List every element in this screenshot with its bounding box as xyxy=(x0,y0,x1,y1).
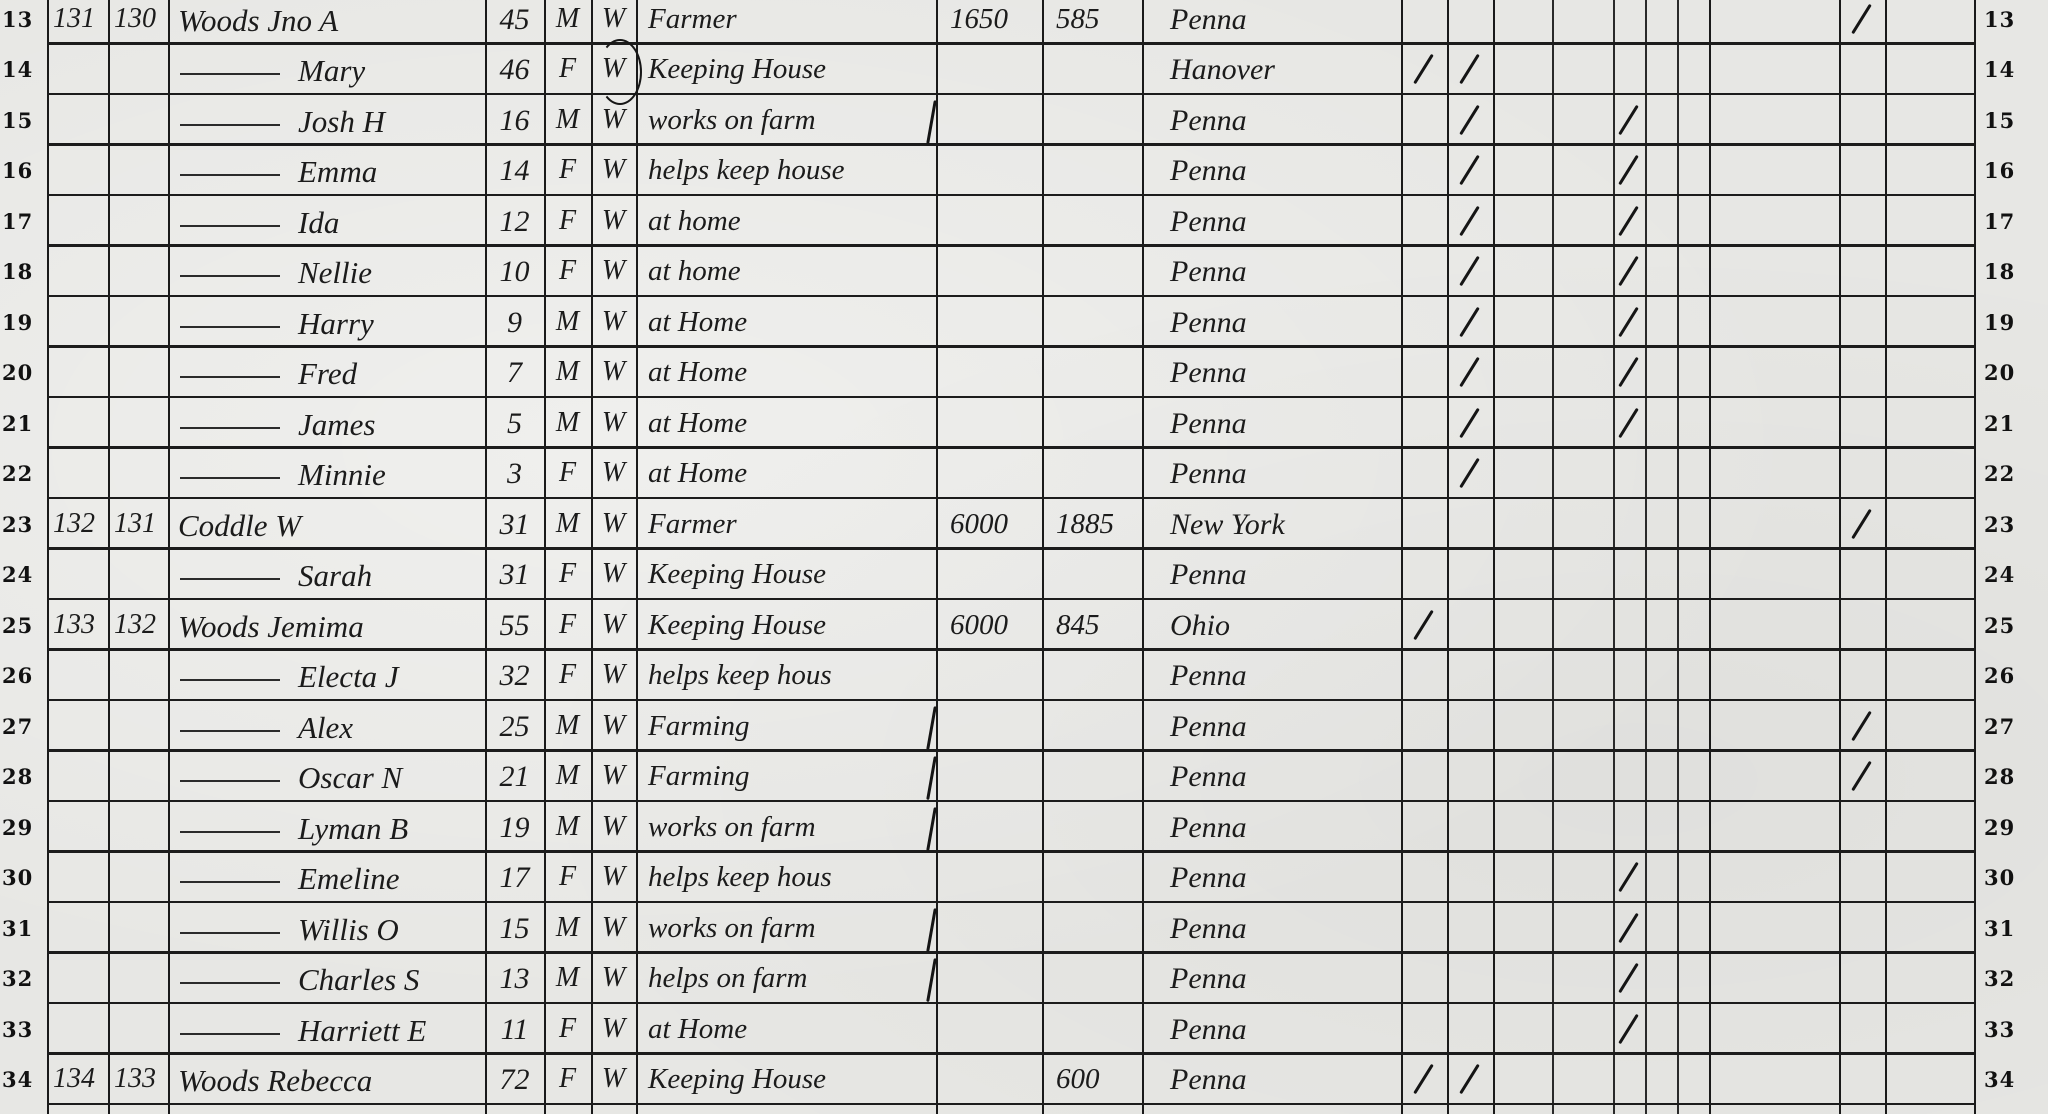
sex-value: M xyxy=(544,762,591,790)
age-value: 17 xyxy=(485,863,544,893)
tally-mark xyxy=(1459,458,1480,488)
column-rule xyxy=(1447,0,1449,1114)
age-value: 13 xyxy=(485,964,544,994)
occupation-value: works on farm xyxy=(648,813,816,842)
line-number-left: 26 xyxy=(2,663,33,688)
occupation-value: Keeping House xyxy=(648,55,826,84)
column-rule xyxy=(1493,0,1495,1114)
person-name: Nellie xyxy=(298,257,372,288)
edge-tick-mark xyxy=(926,908,936,952)
person-name: Woods Jno A xyxy=(178,5,338,36)
sex-value: F xyxy=(544,257,591,285)
age-value: 19 xyxy=(485,813,544,843)
line-number-left: 34 xyxy=(2,1067,33,1092)
sex-value: F xyxy=(544,661,591,689)
color-value: W xyxy=(591,762,636,790)
color-value: W xyxy=(591,106,636,134)
line-number-right: 30 xyxy=(1984,865,2015,890)
dwelling-number: 131 xyxy=(53,5,95,33)
occupation-value: helps on farm xyxy=(648,964,808,993)
row-rule xyxy=(47,244,1974,247)
occupation-value: at Home xyxy=(648,1015,747,1044)
sex-value: F xyxy=(544,55,591,83)
person-name: Sarah xyxy=(298,560,372,591)
line-number-right: 34 xyxy=(1984,1067,2015,1092)
age-value: 12 xyxy=(485,207,544,237)
line-number-right: 23 xyxy=(1984,512,2015,537)
sex-value: M xyxy=(544,712,591,740)
tally-mark xyxy=(1459,54,1480,84)
tally-mark xyxy=(1618,155,1639,185)
personal-estate-value: 600 xyxy=(1056,1065,1100,1094)
tally-mark xyxy=(1851,710,1872,740)
row-rule xyxy=(47,951,1974,954)
occupation-value: Keeping House xyxy=(648,560,826,589)
row-rule xyxy=(47,396,1974,399)
occupation-value: at Home xyxy=(648,358,747,387)
person-name: Electa J xyxy=(298,661,399,692)
line-number-left: 28 xyxy=(2,764,33,789)
line-number-left: 31 xyxy=(2,916,33,941)
column-rule xyxy=(1042,0,1044,1114)
column-rule xyxy=(1142,0,1144,1114)
color-value: W xyxy=(591,863,636,891)
color-value: W xyxy=(591,1015,636,1043)
birthplace-value: Penna xyxy=(1170,661,1247,691)
birthplace-value: Hanover xyxy=(1170,55,1275,85)
occupation-value: helps keep hous xyxy=(648,661,832,690)
age-value: 14 xyxy=(485,156,544,186)
line-number-left: 20 xyxy=(2,360,33,385)
person-name: Minnie xyxy=(298,459,386,490)
color-value: W xyxy=(591,611,636,639)
column-rule xyxy=(936,0,938,1114)
real-estate-value: 1650 xyxy=(950,5,1008,34)
tally-mark xyxy=(1851,761,1872,791)
row-rule xyxy=(47,93,1974,96)
column-rule xyxy=(1974,0,1976,1114)
birthplace-value: Penna xyxy=(1170,964,1247,994)
line-number-right: 19 xyxy=(1984,310,2015,335)
ditto-dash xyxy=(180,932,280,934)
column-rule xyxy=(47,0,49,1114)
tally-mark xyxy=(1413,609,1434,639)
age-value: 11 xyxy=(485,1015,544,1045)
row-rule xyxy=(47,295,1974,298)
line-number-right: 29 xyxy=(1984,815,2015,840)
color-value: W xyxy=(591,712,636,740)
person-name: Woods Jemima xyxy=(178,611,364,642)
ditto-dash xyxy=(180,73,280,75)
tally-mark xyxy=(1459,205,1480,235)
birthplace-value: Penna xyxy=(1170,1015,1247,1045)
age-value: 31 xyxy=(485,510,544,540)
color-value: W xyxy=(591,964,636,992)
person-name: Oscar N xyxy=(298,762,402,793)
line-number-right: 17 xyxy=(1984,209,2015,234)
column-rule xyxy=(1709,0,1711,1114)
line-number-left: 18 xyxy=(2,259,33,284)
line-number-right: 25 xyxy=(1984,613,2015,638)
sex-value: M xyxy=(544,308,591,336)
line-number-right: 31 xyxy=(1984,916,2015,941)
sex-value: M xyxy=(544,106,591,134)
line-number-right: 28 xyxy=(1984,764,2015,789)
birthplace-value: Ohio xyxy=(1170,611,1230,641)
row-rule xyxy=(47,1052,1974,1055)
line-number-right: 24 xyxy=(1984,562,2015,587)
age-value: 55 xyxy=(485,611,544,641)
personal-estate-value: 1885 xyxy=(1056,510,1114,539)
color-value: W xyxy=(591,358,636,386)
occupation-value: at home xyxy=(648,257,741,286)
sex-value: F xyxy=(544,156,591,184)
age-value: 21 xyxy=(485,762,544,792)
occupation-value: Keeping House xyxy=(648,1065,826,1094)
row-rule xyxy=(47,446,1974,449)
color-value: W xyxy=(591,308,636,336)
line-number-right: 32 xyxy=(1984,966,2015,991)
line-number-right: 20 xyxy=(1984,360,2015,385)
edge-tick-mark xyxy=(926,100,936,144)
line-number-right: 15 xyxy=(1984,108,2015,133)
age-value: 9 xyxy=(485,308,544,338)
line-number-left: 13 xyxy=(2,7,33,32)
person-name: Coddle W xyxy=(178,510,301,541)
ditto-dash xyxy=(180,174,280,176)
line-number-left: 23 xyxy=(2,512,33,537)
edge-tick-mark xyxy=(926,756,936,800)
column-rule xyxy=(636,0,638,1114)
row-rule xyxy=(47,497,1974,500)
occupation-value: at Home xyxy=(648,409,747,438)
occupation-value: at Home xyxy=(648,459,747,488)
tally-mark xyxy=(1618,205,1639,235)
census-page: 1313131130Woods Jno A45MWFarmer1650585Pe… xyxy=(0,0,2048,1114)
sex-value: M xyxy=(544,409,591,437)
column-rule xyxy=(1839,0,1841,1114)
column-rule xyxy=(1552,0,1554,1114)
column-rule xyxy=(1401,0,1403,1114)
color-value: W xyxy=(591,257,636,285)
birthplace-value: Penna xyxy=(1170,1065,1247,1095)
sex-value: M xyxy=(544,5,591,33)
occupation-value: helps keep hous xyxy=(648,863,832,892)
row-rule xyxy=(47,699,1974,702)
tally-mark xyxy=(1459,256,1480,286)
occupation-value: Farming xyxy=(648,712,750,741)
dwelling-number: 133 xyxy=(53,611,95,639)
person-name: Fred xyxy=(298,358,357,389)
age-value: 25 xyxy=(485,712,544,742)
birthplace-value: Penna xyxy=(1170,358,1247,388)
birthplace-value: Penna xyxy=(1170,106,1247,136)
family-number: 132 xyxy=(114,611,156,639)
column-rule xyxy=(1677,0,1679,1114)
line-number-right: 21 xyxy=(1984,411,2015,436)
column-rule xyxy=(168,0,170,1114)
row-rule xyxy=(47,194,1974,197)
age-value: 5 xyxy=(485,409,544,439)
birthplace-value: Penna xyxy=(1170,308,1247,338)
ditto-dash xyxy=(180,679,280,681)
line-number-right: 13 xyxy=(1984,7,2015,32)
tally-mark xyxy=(1459,1064,1480,1094)
line-number-left: 27 xyxy=(2,714,33,739)
age-value: 3 xyxy=(485,459,544,489)
birthplace-value: Penna xyxy=(1170,459,1247,489)
ditto-dash xyxy=(180,326,280,328)
line-number-left: 24 xyxy=(2,562,33,587)
ditto-dash xyxy=(180,982,280,984)
row-rule xyxy=(47,850,1974,853)
edge-tick-mark xyxy=(926,807,936,851)
sex-value: F xyxy=(544,863,591,891)
tally-mark xyxy=(1618,963,1639,993)
person-name: Woods Rebecca xyxy=(178,1065,372,1096)
ditto-dash xyxy=(180,275,280,277)
tally-mark xyxy=(1413,54,1434,84)
color-value: W xyxy=(591,409,636,437)
column-rule xyxy=(1613,0,1615,1114)
dwelling-number: 132 xyxy=(53,510,95,538)
line-number-right: 26 xyxy=(1984,663,2015,688)
ditto-dash xyxy=(180,376,280,378)
sex-value: M xyxy=(544,510,591,538)
line-number-right: 18 xyxy=(1984,259,2015,284)
tally-mark xyxy=(1459,306,1480,336)
line-number-left: 25 xyxy=(2,613,33,638)
dwelling-number: 134 xyxy=(53,1065,95,1093)
line-number-left: 33 xyxy=(2,1017,33,1042)
occupation-value: at Home xyxy=(648,308,747,337)
tally-mark xyxy=(1618,1013,1639,1043)
tally-mark xyxy=(1618,862,1639,892)
row-rule xyxy=(47,42,1974,45)
ditto-dash xyxy=(180,578,280,580)
ditto-dash xyxy=(180,225,280,227)
sex-value: F xyxy=(544,1015,591,1043)
column-rule xyxy=(1885,0,1887,1114)
line-number-right: 22 xyxy=(1984,461,2015,486)
age-value: 15 xyxy=(485,914,544,944)
age-value: 46 xyxy=(485,55,544,85)
occupation-value: helps keep house xyxy=(648,156,845,185)
line-number-left: 30 xyxy=(2,865,33,890)
birthplace-value: Penna xyxy=(1170,207,1247,237)
color-value: W xyxy=(591,459,636,487)
family-number: 133 xyxy=(114,1065,156,1093)
ditto-dash xyxy=(180,730,280,732)
birthplace-value: Penna xyxy=(1170,863,1247,893)
birthplace-value: Penna xyxy=(1170,712,1247,742)
line-number-right: 27 xyxy=(1984,714,2015,739)
ditto-dash xyxy=(180,1033,280,1035)
occupation-value: Keeping House xyxy=(648,611,826,640)
row-rule xyxy=(47,1002,1974,1005)
sex-value: M xyxy=(544,358,591,386)
person-name: Willis O xyxy=(298,914,399,945)
ditto-dash xyxy=(180,831,280,833)
age-value: 45 xyxy=(485,5,544,35)
age-value: 32 xyxy=(485,661,544,691)
person-name: Emeline xyxy=(298,863,400,894)
ditto-dash xyxy=(180,780,280,782)
line-number-right: 33 xyxy=(1984,1017,2015,1042)
edge-tick-mark xyxy=(926,706,936,750)
age-value: 10 xyxy=(485,257,544,287)
line-number-right: 16 xyxy=(1984,158,2015,183)
tally-mark xyxy=(1459,155,1480,185)
real-estate-value: 6000 xyxy=(950,611,1008,640)
family-number: 130 xyxy=(114,5,156,33)
tally-mark xyxy=(1618,357,1639,387)
line-number-left: 16 xyxy=(2,158,33,183)
edge-tick-mark xyxy=(926,958,936,1002)
tally-mark xyxy=(1618,912,1639,942)
color-value: W xyxy=(591,560,636,588)
tally-mark xyxy=(1851,508,1872,538)
ditto-dash xyxy=(180,124,280,126)
row-rule xyxy=(47,1103,1974,1106)
age-value: 72 xyxy=(485,1065,544,1095)
row-rule xyxy=(47,598,1974,601)
tally-mark xyxy=(1618,256,1639,286)
sex-value: F xyxy=(544,611,591,639)
birthplace-value: Penna xyxy=(1170,257,1247,287)
ditto-dash xyxy=(180,477,280,479)
sex-value: F xyxy=(544,459,591,487)
tally-mark xyxy=(1413,1064,1434,1094)
sex-value: F xyxy=(544,1065,591,1093)
line-number-left: 19 xyxy=(2,310,33,335)
circled-color-mark xyxy=(598,39,642,105)
column-rule xyxy=(1645,0,1647,1114)
row-rule xyxy=(47,143,1974,146)
color-value: W xyxy=(591,914,636,942)
line-number-left: 32 xyxy=(2,966,33,991)
person-name: Harriett E xyxy=(298,1015,426,1046)
line-number-right: 14 xyxy=(1984,57,2015,82)
birthplace-value: Penna xyxy=(1170,762,1247,792)
occupation-value: Farmer xyxy=(648,510,737,539)
line-number-left: 21 xyxy=(2,411,33,436)
person-name: Emma xyxy=(298,156,377,187)
row-rule xyxy=(47,547,1974,550)
tally-mark xyxy=(1618,407,1639,437)
birthplace-value: Penna xyxy=(1170,5,1247,35)
person-name: Lyman B xyxy=(298,813,408,844)
color-value: W xyxy=(591,156,636,184)
tally-mark xyxy=(1618,306,1639,336)
occupation-value: works on farm xyxy=(648,106,816,135)
family-number: 131 xyxy=(114,510,156,538)
occupation-value: works on farm xyxy=(648,914,816,943)
line-number-left: 14 xyxy=(2,57,33,82)
line-number-left: 17 xyxy=(2,209,33,234)
color-value: W xyxy=(591,207,636,235)
birthplace-value: New York xyxy=(1170,510,1285,540)
birthplace-value: Penna xyxy=(1170,156,1247,186)
age-value: 7 xyxy=(485,358,544,388)
age-value: 31 xyxy=(485,560,544,590)
person-name: Charles S xyxy=(298,964,419,995)
row-rule xyxy=(47,648,1974,651)
person-name: Ida xyxy=(298,207,339,238)
person-name: Alex xyxy=(298,712,353,743)
person-name: Mary xyxy=(298,55,365,86)
sex-value: M xyxy=(544,964,591,992)
occupation-value: Farming xyxy=(648,762,750,791)
birthplace-value: Penna xyxy=(1170,914,1247,944)
ditto-dash xyxy=(180,881,280,883)
personal-estate-value: 585 xyxy=(1056,5,1100,34)
person-name: James xyxy=(298,409,375,440)
line-number-left: 29 xyxy=(2,815,33,840)
ditto-dash xyxy=(180,427,280,429)
tally-mark xyxy=(1459,357,1480,387)
tally-mark xyxy=(1618,104,1639,134)
real-estate-value: 6000 xyxy=(950,510,1008,539)
row-rule xyxy=(47,901,1974,904)
row-rule xyxy=(47,800,1974,803)
tally-mark xyxy=(1851,3,1872,33)
tally-mark xyxy=(1459,104,1480,134)
color-value: W xyxy=(591,661,636,689)
person-name: Josh H xyxy=(298,106,385,137)
person-name: Harry xyxy=(298,308,374,339)
birthplace-value: Penna xyxy=(1170,409,1247,439)
sex-value: M xyxy=(544,813,591,841)
row-rule xyxy=(47,345,1974,348)
color-value: W xyxy=(591,1065,636,1093)
line-number-left: 15 xyxy=(2,108,33,133)
sex-value: F xyxy=(544,207,591,235)
sex-value: F xyxy=(544,560,591,588)
line-number-left: 22 xyxy=(2,461,33,486)
color-value: W xyxy=(591,510,636,538)
personal-estate-value: 845 xyxy=(1056,611,1100,640)
birthplace-value: Penna xyxy=(1170,813,1247,843)
occupation-value: at home xyxy=(648,207,741,236)
row-rule xyxy=(47,749,1974,752)
occupation-value: Farmer xyxy=(648,5,737,34)
color-value: W xyxy=(591,5,636,33)
color-value: W xyxy=(591,813,636,841)
tally-mark xyxy=(1459,407,1480,437)
birthplace-value: Penna xyxy=(1170,560,1247,590)
column-rule xyxy=(108,0,110,1114)
sex-value: M xyxy=(544,914,591,942)
age-value: 16 xyxy=(485,106,544,136)
